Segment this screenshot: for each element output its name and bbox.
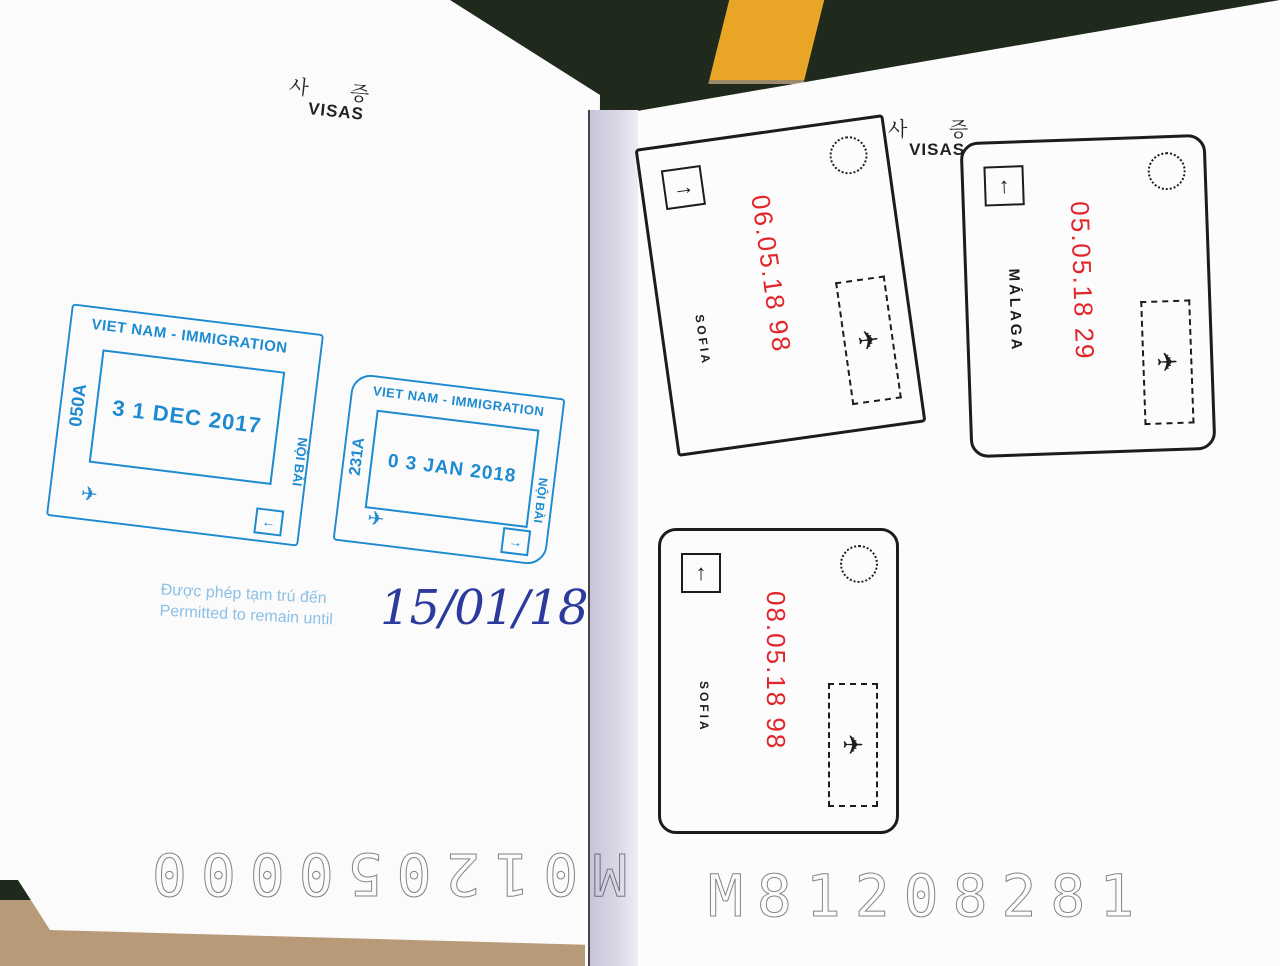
stamp-date: 3 1 DEC 2017 (96, 393, 278, 441)
passport-spine (588, 110, 638, 966)
eu-stars-icon (827, 134, 870, 177)
eu-stars-icon (1147, 152, 1186, 191)
stamp-code: 050A (65, 383, 91, 428)
stamp-date: 0 3 JAN 2018 (371, 448, 532, 489)
airplane-icon: ✈ (828, 683, 878, 807)
stamp-city: MÁLAGA (1005, 268, 1025, 352)
background-tile (708, 0, 826, 84)
vietnam-exit-stamp: VIET NAM - IMMIGRATION 231A 0 3 JAN 2018… (332, 373, 565, 567)
stamp-code: 231A (347, 437, 370, 477)
stamp-date: 08.05.18 98 (760, 591, 791, 750)
airplane-icon: ✈ (1140, 299, 1194, 425)
entry-arrow-icon: ← (253, 507, 284, 536)
airplane-icon: ✈ (835, 275, 902, 405)
exit-arrow-icon: ↑ (983, 165, 1024, 206)
schengen-stamp-sofia-exit: ↑ 08.05.18 98 SOFIA ✈ (658, 528, 899, 834)
perforated-passport-number-right: M81208281 (708, 862, 1148, 930)
stamp-city: SOFIA (697, 681, 711, 733)
stamp-port: NỘI BÀI (531, 477, 550, 524)
airplane-icon: ✈ (366, 506, 386, 533)
schengen-stamp-sofia-entry: → 06.05.18 98 SOFIA ✈ (635, 114, 927, 457)
stamp-date-box: 3 1 DEC 2017 (89, 349, 286, 485)
exit-arrow-icon: → (500, 527, 531, 556)
stamp-city: SOFIA (692, 314, 713, 367)
vietnam-entry-stamp: VIET NAM - IMMIGRATION 050A 3 1 DEC 2017… (46, 303, 324, 546)
eu-stars-icon (840, 545, 878, 583)
perforated-passport-number-left: M012050000 (138, 840, 627, 908)
schengen-stamp-malaga: ↑ 05.05.18 29 MÁLAGA ✈ (960, 134, 1217, 458)
airplane-icon: ✈ (79, 481, 99, 508)
handwritten-date: 15/01/18 (380, 580, 588, 636)
header-korean: 사 증 (888, 120, 986, 141)
stamp-date: 05.05.18 29 (1064, 201, 1101, 361)
entry-arrow-icon: → (661, 165, 706, 210)
exit-arrow-icon: ↑ (681, 553, 721, 593)
stamp-date-box: 0 3 JAN 2018 (365, 410, 540, 528)
stamp-date: 06.05.18 98 (744, 193, 797, 355)
